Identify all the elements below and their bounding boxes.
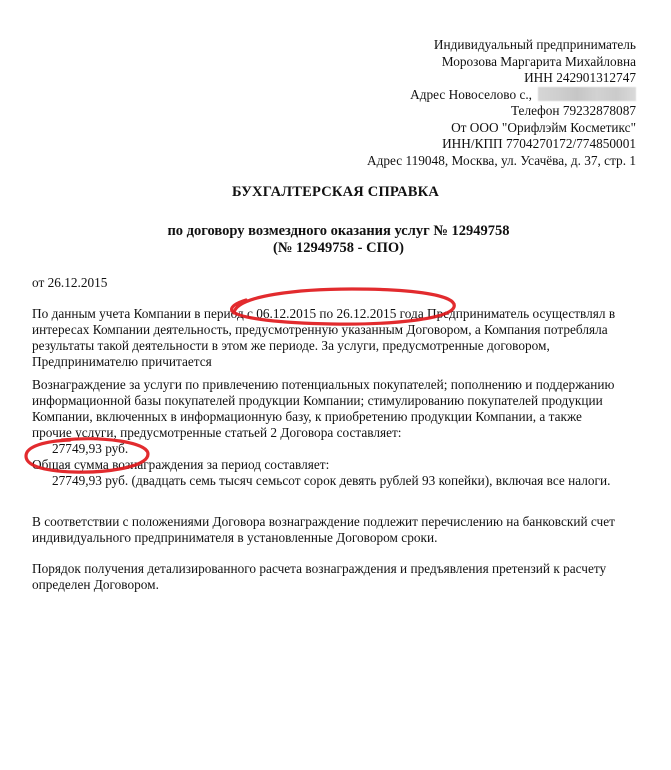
document-title: БУХГАЛТЕРСКАЯ СПРАВКА xyxy=(0,184,671,200)
subtitle-line: по договору возмездного оказания услуг №… xyxy=(0,223,671,240)
document-subtitle: по договору возмездного оказания услуг №… xyxy=(0,223,671,257)
paragraph-services: Вознаграждение за услуги по привлечению … xyxy=(32,377,642,489)
text-line: По данным учета Компании в период с 06.1… xyxy=(32,306,642,322)
text-line: Порядок получения детализированного расч… xyxy=(32,561,642,577)
text-line: Вознаграждение за услуги по привлечению … xyxy=(32,377,642,393)
paragraph-payment: В соответствии с положениями Договора во… xyxy=(32,514,642,546)
document-page: Индивидуальный предприниматель Морозова … xyxy=(0,0,671,770)
total-label: Общая сумма вознаграждения за период сос… xyxy=(32,457,642,473)
subtitle-line: (№ 12949758 - СПО) xyxy=(0,240,671,257)
header-address-line: Адрес Новоселово с., xyxy=(367,87,636,104)
text-line: интересах Компании деятельность, предусм… xyxy=(32,322,642,338)
amount-value: 27749,93 руб. xyxy=(32,441,642,457)
text-line: Предпринимателю причитается xyxy=(32,354,642,370)
text-line: прочие услуги, предусмотренные статьей 2… xyxy=(32,425,642,441)
header-line: ИНН 242901312747 xyxy=(367,70,636,87)
address-prefix: Адрес Новоселово с., xyxy=(410,87,532,102)
redacted-block xyxy=(538,87,636,101)
paragraph-claims: Порядок получения детализированного расч… xyxy=(32,561,642,593)
header-line: Морозова Маргарита Михайловна xyxy=(367,54,636,71)
header-line: ИНН/КПП 7704270172/774850001 xyxy=(367,136,636,153)
recipient-header: Индивидуальный предприниматель Морозова … xyxy=(367,37,636,169)
text-line: В соответствии с положениями Договора во… xyxy=(32,514,642,530)
header-line: Индивидуальный предприниматель xyxy=(367,37,636,54)
text-line: Компании, включенных в информационную ба… xyxy=(32,409,642,425)
text-line: определен Договором. xyxy=(32,577,642,593)
header-line: От ООО "Орифлэйм Косметикс" xyxy=(367,120,636,137)
paragraph-period: По данным учета Компании в период с 06.1… xyxy=(32,306,642,370)
text-line: результаты такой деятельности в этом же … xyxy=(32,338,642,354)
text-line: индивидуального предпринимателя в устано… xyxy=(32,530,642,546)
header-line: Адрес 119048, Москва, ул. Усачёва, д. 37… xyxy=(367,153,636,170)
text-line: информационной базы покупателей продукци… xyxy=(32,393,642,409)
document-date: от 26.12.2015 xyxy=(32,275,642,291)
header-line: Телефон 79232878087 xyxy=(367,103,636,120)
total-value: 27749,93 руб. (двадцать семь тысяч семьс… xyxy=(32,473,642,489)
